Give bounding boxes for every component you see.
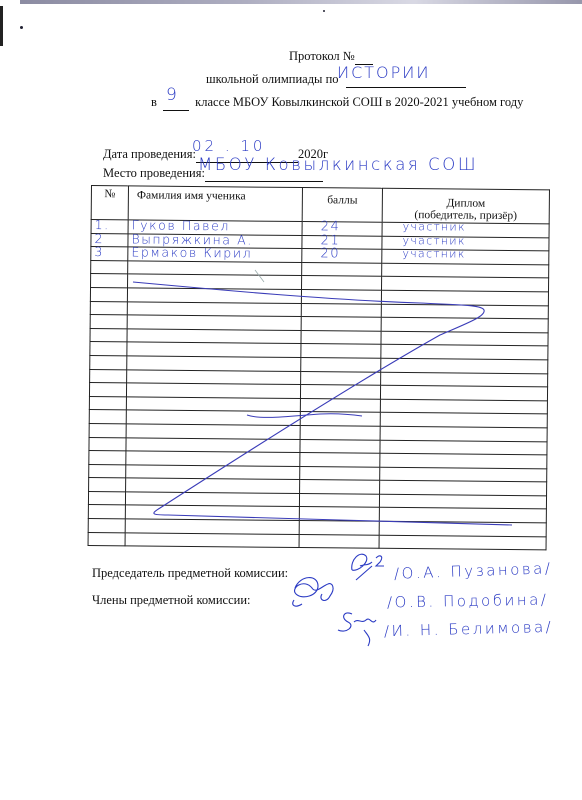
row-number-cell — [90, 342, 127, 356]
row-number-cell: 3 — [91, 247, 128, 261]
student-score-cell — [300, 466, 380, 480]
scan-speck — [323, 10, 325, 12]
student-diploma-cell — [379, 535, 546, 550]
student-score-cell — [302, 262, 382, 276]
chair-name: /О.А. Пузанова/ — [394, 559, 553, 583]
header-number: № — [91, 186, 128, 220]
member-2-name: /И. Н. Белимова/ — [384, 618, 554, 640]
student-score-cell — [300, 385, 380, 399]
student-score-cell — [300, 398, 380, 412]
row-number-cell — [90, 328, 127, 342]
student-score-cell — [299, 534, 379, 548]
row-number-cell — [91, 260, 128, 274]
student-name: Ермаков Кирил — [131, 245, 252, 261]
row-number-cell — [90, 287, 127, 301]
row-number-cell — [91, 274, 128, 288]
student-score-cell: 20 — [302, 249, 382, 263]
protocol-title-text: Протокол № — [289, 49, 355, 63]
student-score-cell — [301, 357, 381, 371]
member-1-name: /О.В. Подобина/ — [387, 591, 549, 612]
grade-suffix: классе МБОУ Ковылкинской СОШ в 2020-2021… — [195, 95, 523, 109]
student-score-cell — [300, 439, 380, 453]
student-score-cell — [301, 330, 381, 344]
student-name-cell — [125, 533, 299, 548]
row-number-cell — [90, 315, 127, 329]
student-diploma: участник — [403, 220, 466, 234]
student-score-cell — [300, 480, 380, 494]
student-score-cell — [301, 317, 381, 331]
student-score-cell — [300, 453, 380, 467]
row-number-cell — [89, 437, 126, 451]
row-number-cell — [90, 355, 127, 369]
student-score-cell — [299, 493, 379, 507]
row-number-cell — [89, 383, 126, 397]
row-number-cell — [90, 369, 127, 383]
student-score-cell — [299, 521, 379, 535]
table-body: 1.Гуков Павел24участник2Выпряжкина А.21у… — [88, 220, 549, 551]
olympiad-line-label: школьной олимпиады по — [206, 72, 339, 86]
place-value: МБОУ Ковылкинская СОШ — [198, 155, 478, 174]
row-number: 3 — [94, 244, 104, 259]
row-number-cell — [89, 423, 126, 437]
student-score-cell: 24 — [302, 222, 382, 236]
header-score: баллы — [302, 188, 382, 223]
row-number-cell — [89, 451, 126, 465]
student-score: 20 — [320, 246, 340, 261]
grade-value: 9 — [166, 85, 178, 105]
row-number-cell — [88, 532, 125, 546]
row-number-cell — [90, 301, 127, 315]
student-score-cell — [299, 507, 379, 521]
date-value: 02 . 10 — [192, 137, 265, 155]
student-score-cell — [300, 425, 380, 439]
row-number-cell — [89, 410, 126, 424]
scan-edge-top — [20, 0, 582, 4]
row-number-cell — [89, 464, 126, 478]
student-score-cell — [301, 344, 381, 358]
chair-label: Председатель предметной комиссии: — [92, 566, 288, 581]
student-diploma: участник — [402, 247, 465, 261]
student-score-cell — [301, 371, 381, 385]
row-number-cell — [89, 396, 126, 410]
scan-speck — [20, 26, 23, 29]
row-number-cell — [88, 491, 125, 505]
header-diploma: Диплом (победитель, призёр) — [382, 188, 549, 224]
row-number-cell — [89, 478, 126, 492]
members-label: Члены предметной комиссии: — [92, 593, 250, 608]
date-label: Дата проведения: — [103, 147, 196, 161]
student-score-cell — [301, 289, 381, 303]
results-table: № Фамилия имя ученика баллы Диплом (побе… — [88, 185, 550, 551]
grade-line: в классе МБОУ Ковылкинской СОШ в 2020-20… — [151, 95, 523, 111]
place-label: Место проведения: — [103, 166, 205, 180]
results-table-container: № Фамилия имя ученика баллы Диплом (побе… — [88, 185, 550, 551]
header-student-name: Фамилия имя ученика — [128, 186, 302, 222]
student-score-cell: 21 — [302, 235, 382, 249]
student-diploma: участник — [402, 234, 465, 248]
student-score-cell — [300, 412, 380, 426]
grade-prefix: в — [151, 95, 157, 109]
student-score-cell — [301, 303, 381, 317]
student-score-cell — [302, 276, 382, 290]
scan-edge-left — [0, 6, 3, 46]
row-number-cell — [88, 519, 125, 533]
row-number-cell — [88, 505, 125, 519]
subject-value: ИСТОРИИ — [337, 63, 430, 82]
